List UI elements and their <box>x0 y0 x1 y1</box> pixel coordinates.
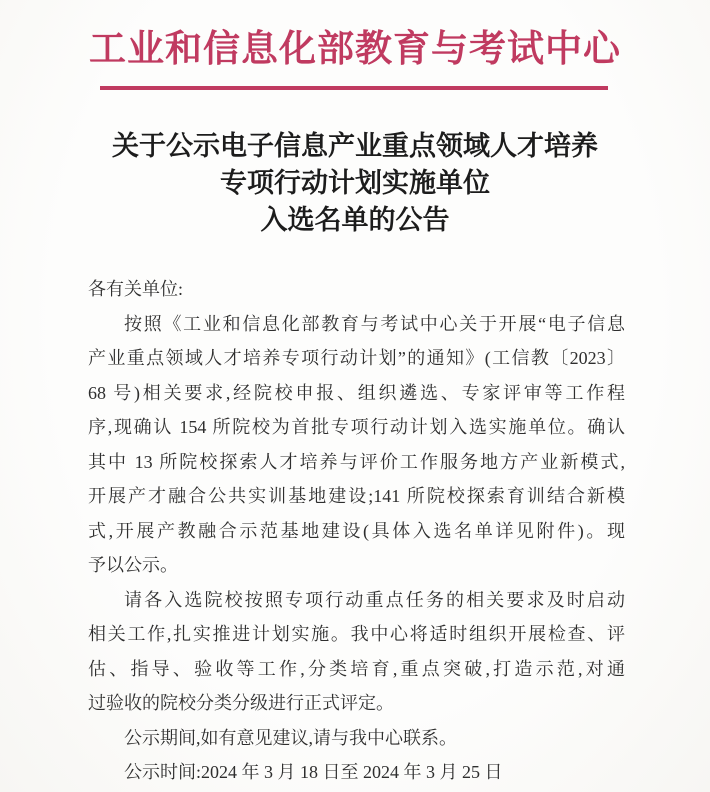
body-line: 产业重点领域人才培养专项行动计划”的通知》(工信教〔2023〕 <box>88 341 625 376</box>
body-paragraphs: 按照《工业和信息化部教育与考试中心关于开展“电子信息产业重点领域人才培养专项行动… <box>88 307 625 790</box>
document-title-line-2: 专项行动计划实施单位 <box>0 165 710 202</box>
document-body: 各有关单位: 按照《工业和信息化部教育与考试中心关于开展“电子信息产业重点领域人… <box>88 272 625 790</box>
body-line: 相关工作,扎实推进计划实施。我中心将适时组织开展检查、评 <box>88 617 625 652</box>
document-title: 关于公示电子信息产业重点领域人才培养 专项行动计划实施单位 入选名单的公告 <box>0 128 710 239</box>
body-line: 其中 13 所院校探索人才培养与评价工作服务地方产业新模式, <box>88 445 625 480</box>
document-title-line-1: 关于公示电子信息产业重点领域人才培养 <box>0 128 710 165</box>
body-line: 公示期间,如有意见建议,请与我中心联系。 <box>88 721 625 756</box>
document-page: 工业和信息化部教育与考试中心 关于公示电子信息产业重点领域人才培养 专项行动计划… <box>0 0 710 792</box>
paragraph: 请各入选院校按照专项行动重点任务的相关要求及时启动相关工作,扎实推进计划实施。我… <box>88 583 625 721</box>
body-line: 式,开展产教融合示范基地建设(具体入选名单详见附件)。现 <box>88 514 625 549</box>
salutation: 各有关单位: <box>88 272 625 307</box>
body-line: 予以公示。 <box>88 548 625 583</box>
letterhead-title: 工业和信息化部教育与考试中心 <box>0 18 710 72</box>
body-line: 估、指导、验收等工作,分类培育,重点突破,打造示范,对通 <box>88 652 625 687</box>
paragraph: 公示期间,如有意见建议,请与我中心联系。 <box>88 721 625 756</box>
document-title-line-3: 入选名单的公告 <box>0 202 710 239</box>
body-line: 过验收的院校分类分级进行正式评定。 <box>88 686 625 721</box>
body-line: 序,现确认 154 所院校为首批专项行动计划入选实施单位。确认 <box>88 410 625 445</box>
body-line: 公示时间:2024 年 3 月 18 日至 2024 年 3 月 25 日 <box>88 755 625 790</box>
body-line: 开展产才融合公共实训基地建设;141 所院校探索育训结合新模 <box>88 479 625 514</box>
body-line: 68 号)相关要求,经院校申报、组织遴选、专家评审等工作程 <box>88 376 625 411</box>
body-line: 按照《工业和信息化部教育与考试中心关于开展“电子信息 <box>88 307 625 342</box>
paragraph: 公示时间:2024 年 3 月 18 日至 2024 年 3 月 25 日 <box>88 755 625 790</box>
paragraph: 按照《工业和信息化部教育与考试中心关于开展“电子信息产业重点领域人才培养专项行动… <box>88 307 625 583</box>
body-line: 请各入选院校按照专项行动重点任务的相关要求及时启动 <box>88 583 625 618</box>
letterhead-divider <box>100 86 608 90</box>
